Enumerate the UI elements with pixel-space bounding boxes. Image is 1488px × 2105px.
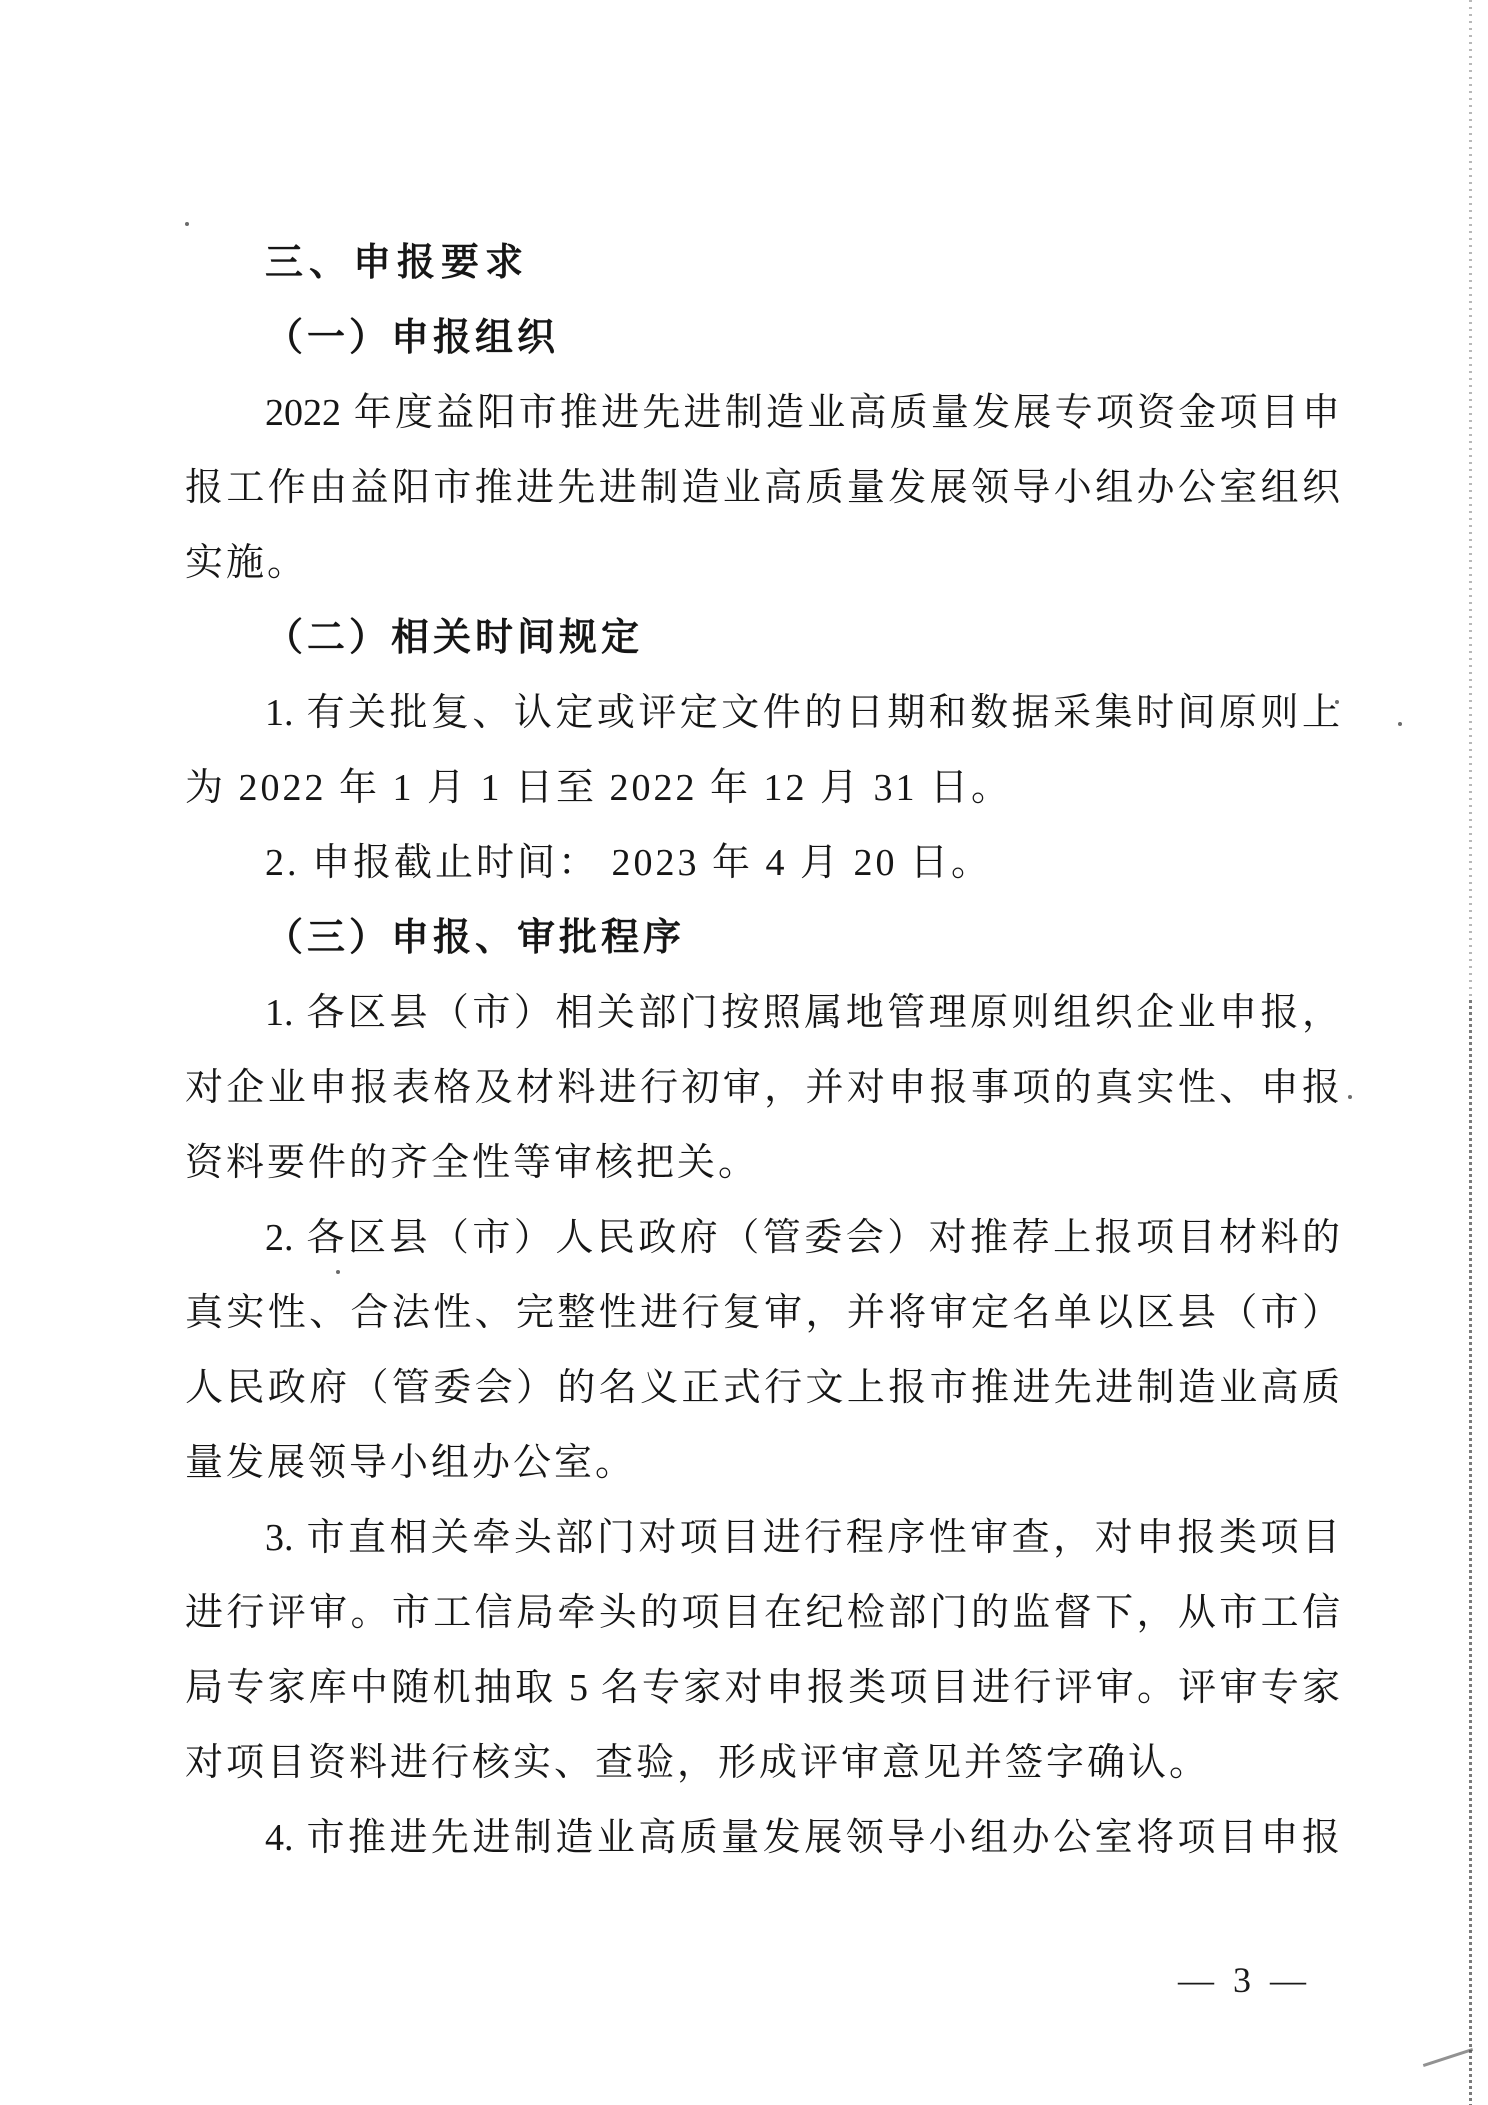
body-text-line: 1. 有关批复、认定或评定文件的日期和数据采集时间原则上 bbox=[185, 676, 1340, 751]
scan-speck-artifact bbox=[1398, 722, 1402, 726]
scan-edge-artifact bbox=[1469, 1000, 1472, 2105]
body-text-line: 实施。 bbox=[185, 526, 1340, 601]
body-text-line: 报工作由益阳市推进先进制造业高质量发展领导小组办公室组织 bbox=[185, 451, 1340, 526]
body-text-line: 量发展领导小组办公室。 bbox=[185, 1426, 1340, 1501]
body-text-line: 2. 各区县（市）人民政府（管委会）对推荐上报项目材料的 bbox=[185, 1201, 1340, 1276]
scan-corner-artifact bbox=[1423, 2048, 1473, 2067]
body-text-line: 3. 市直相关牵头部门对项目进行程序性审查，对申报类项目 bbox=[185, 1501, 1340, 1576]
document-lines: 三、申报要求（一）申报组织2022 年度益阳市推进先进制造业高质量发展专项资金项… bbox=[185, 226, 1340, 1876]
body-text-line: 对企业申报表格及材料进行初审，并对申报事项的真实性、申报 bbox=[185, 1051, 1340, 1126]
body-text-line: 局专家库中随机抽取 5 名专家对申报类项目进行评审。评审专家 bbox=[185, 1651, 1340, 1726]
body-text-line: 1. 各区县（市）相关部门按照属地管理原则组织企业申报， bbox=[185, 976, 1340, 1051]
body-text-line: 为 2022 年 1 月 1 日至 2022 年 12 月 31 日。 bbox=[185, 751, 1340, 826]
scan-speck-artifact bbox=[1348, 1095, 1352, 1099]
scanned-document-page: 三、申报要求（一）申报组织2022 年度益阳市推进先进制造业高质量发展专项资金项… bbox=[0, 0, 1488, 2105]
page-number: — 3 — bbox=[1178, 1948, 1311, 2012]
body-text-line: 对项目资料进行核实、查验，形成评审意见并签字确认。 bbox=[185, 1726, 1340, 1801]
body-text-line: 资料要件的齐全性等审核把关。 bbox=[185, 1126, 1340, 1201]
section-heading: 三、申报要求 bbox=[185, 226, 1340, 301]
body-text-line: 2. 申报截止时间： 2023 年 4 月 20 日。 bbox=[185, 826, 1340, 901]
scan-speck-artifact bbox=[185, 222, 189, 226]
body-text-line: 进行评审。市工信局牵头的项目在纪检部门的监督下，从市工信 bbox=[185, 1576, 1340, 1651]
subsection-heading: （三）申报、审批程序 bbox=[185, 901, 1340, 976]
scan-speck-artifact bbox=[336, 1270, 340, 1274]
scan-speck-artifact bbox=[1335, 700, 1339, 704]
subsection-heading: （二）相关时间规定 bbox=[185, 601, 1340, 676]
body-text-line: 2022 年度益阳市推进先进制造业高质量发展专项资金项目申 bbox=[185, 376, 1340, 451]
body-text-line: 真实性、合法性、完整性进行复审，并将审定名单以区县（市） bbox=[185, 1276, 1340, 1351]
body-text-line: 4. 市推进先进制造业高质量发展领导小组办公室将项目申报 bbox=[185, 1801, 1340, 1876]
scan-edge-artifact bbox=[1469, 0, 1472, 1000]
subsection-heading: （一）申报组织 bbox=[185, 301, 1340, 376]
body-text-line: 人民政府（管委会）的名义正式行文上报市推进先进制造业高质 bbox=[185, 1351, 1340, 1426]
